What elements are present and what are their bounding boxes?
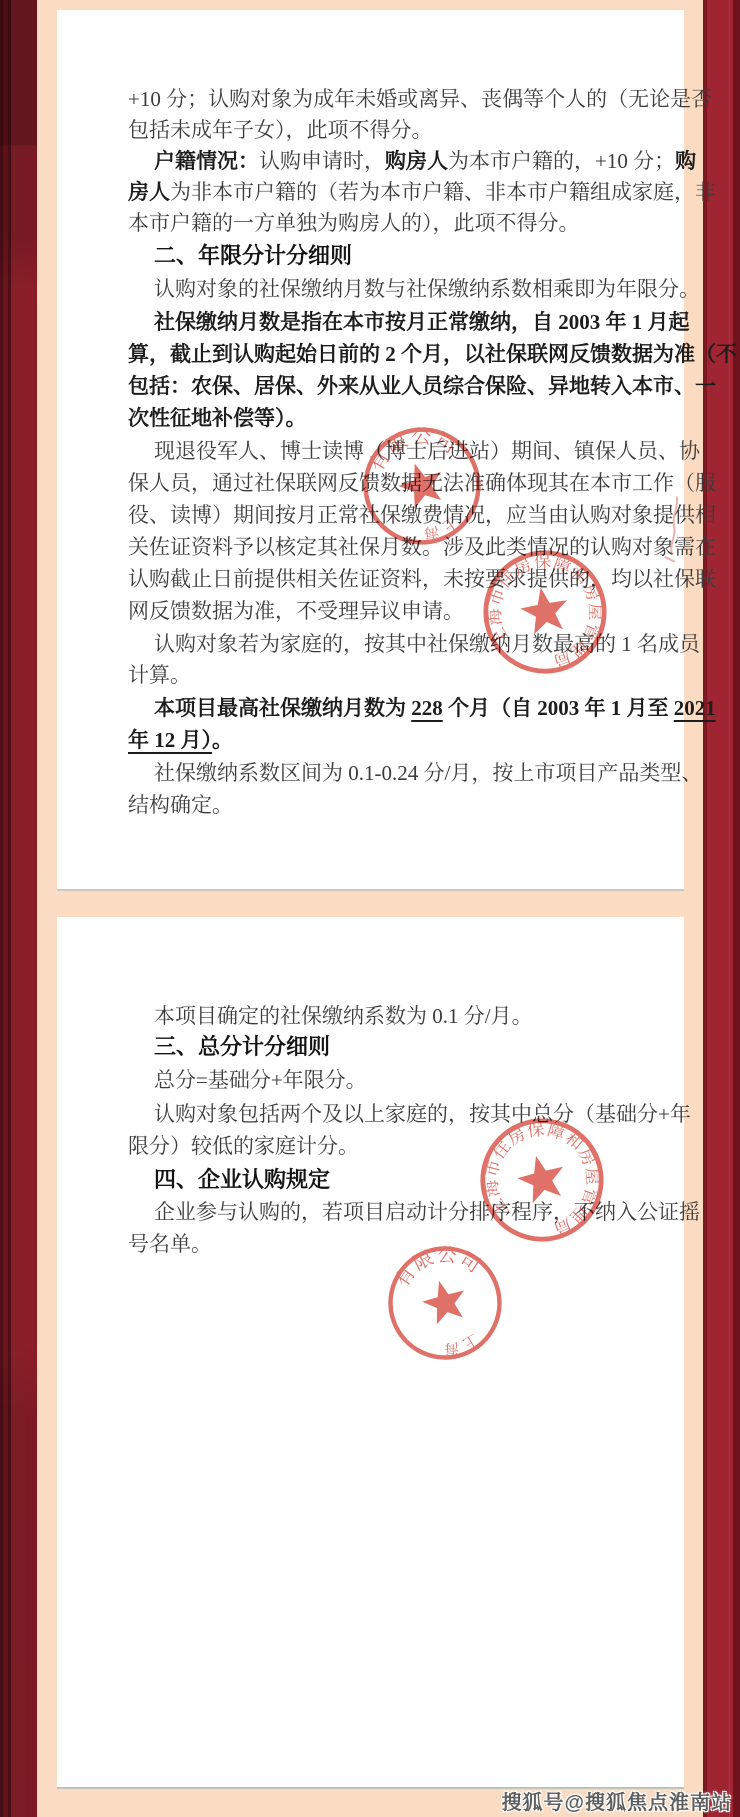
text-segment: 算，截止到认购起始日前的 2 个月，以社保联网反馈数据为准（不 [128, 342, 737, 366]
text-line: 算，截止到认购起始日前的 2 个月，以社保联网反馈数据为准（不 [128, 341, 737, 367]
text-segment: 社保缴纳系数区间为 0.1-0.24 分/月，按上市项目产品类型、 [154, 761, 702, 785]
text-segment: 结构确定。 [128, 793, 233, 817]
text-segment: 购 [675, 149, 696, 173]
text-segment: 认购对象若为家庭的，按其中社保缴纳月数最高的 1 名成员 [154, 632, 700, 656]
text-segment: 本市户籍的一方单独为购房人的），此项不得分。 [128, 211, 580, 235]
text-line: 本市户籍的一方单独为购房人的），此项不得分。 [128, 210, 580, 236]
text-segment: 三、总分计分细则 [154, 1034, 330, 1059]
text-segment: 包括未成年子女），此项不得分。 [128, 118, 433, 142]
text-line: 本项目确定的社保缴纳系数为 0.1 分/月。 [154, 1003, 533, 1029]
text-segment: 社保缴纳月数是指在本市按月正常缴纳，自 2003 年 1 月起 [154, 310, 690, 334]
text-line: 计算。 [128, 662, 191, 688]
text-segment: 网反馈数据为准，不受理异议申请。 [128, 599, 464, 623]
text-line: 社保缴纳系数区间为 0.1-0.24 分/月，按上市项目产品类型、 [154, 760, 702, 786]
section-heading: 四、企业认购规定 [154, 1167, 330, 1193]
text-line: 现退役军人、博士读博（博士后进站）期间、镇保人员、协 [154, 438, 700, 464]
text-line: 关佐证资料予以核定其社保月数。涉及此类情况的认购对象需在 [128, 534, 716, 560]
text-line: 房人为非本市户籍的（若为本市户籍、非本市户籍组成家庭，非 [128, 179, 716, 205]
text-line: 包括未成年子女），此项不得分。 [128, 117, 433, 143]
text-segment: 号名单。 [128, 1232, 212, 1256]
section-heading: 三、总分计分细则 [154, 1034, 330, 1060]
text-line: 保人员，通过社保联网反馈数据无法准确体现其在本市工作（服 [128, 470, 716, 496]
text-line: 包括：农保、居保、外来从业人员综合保险、异地转入本市、一 [128, 373, 716, 399]
text-segment: +10 分；认购对象为成年未婚或离异、丧偶等个人的（无论是否 [128, 87, 712, 111]
text-segment: 役、读博）期间按月正常社保缴费情况，应当由认购对象提供相 [128, 503, 716, 527]
text-segment: 为非本市户籍的（若为本市户籍、非本市户籍组成家庭，非 [170, 180, 716, 204]
text-segment: 。 [212, 728, 233, 752]
text-segment: 为本市户籍的，+10 分； [448, 149, 675, 173]
text-segment: 企业参与认购的，若项目启动计分排序程序，不纳入公证摇 [154, 1200, 700, 1224]
text-segment: 四、企业认购规定 [154, 1167, 330, 1192]
text-line: 认购对象的社保缴纳月数与社保缴纳系数相乘即为年限分。 [154, 276, 700, 302]
text-segment: 计算。 [128, 663, 191, 687]
background-stripe-left [0, 0, 37, 1817]
document-page-2: 本项目确定的社保缴纳系数为 0.1 分/月。三、总分计分细则总分=基础分+年限分… [57, 917, 684, 1789]
text-line: 限分）较低的家庭计分。 [128, 1133, 359, 1159]
text-line: 总分=基础分+年限分。 [154, 1067, 367, 1093]
text-segment: 认购对象包括两个及以上家庭的，按其中总分（基础分+年 [154, 1102, 691, 1126]
text-segment: 个月（自 2003 年 1 月至 [443, 696, 674, 720]
text-line: 网反馈数据为准，不受理异议申请。 [128, 598, 464, 624]
text-segment: 房人 [128, 180, 170, 204]
background-stripe-right [703, 0, 740, 1817]
text-segment: 228 [411, 696, 443, 720]
text-line: 本项目最高社保缴纳月数为 228 个月（自 2003 年 1 月至 2021 [154, 695, 716, 721]
text-line: +10 分；认购对象为成年未婚或离异、丧偶等个人的（无论是否 [128, 86, 712, 112]
text-segment: 总分=基础分+年限分。 [154, 1068, 367, 1092]
text-line: 号名单。 [128, 1231, 212, 1257]
text-segment: 年 12 月） [128, 728, 212, 752]
text-segment: 认购对象的社保缴纳月数与社保缴纳系数相乘即为年限分。 [154, 277, 700, 301]
text-segment: 关佐证资料予以核定其社保月数。涉及此类情况的认购对象需在 [128, 535, 716, 559]
text-segment: 二、年限分计分细则 [154, 243, 352, 268]
text-segment: 限分）较低的家庭计分。 [128, 1134, 359, 1158]
document-page-1: +10 分；认购对象为成年未婚或离异、丧偶等个人的（无论是否包括未成年子女），此… [57, 10, 684, 891]
text-line: 认购对象若为家庭的，按其中社保缴纳月数最高的 1 名成员 [154, 631, 700, 657]
text-segment: 本项目最高社保缴纳月数为 [154, 696, 411, 720]
article-image: { "watermark": { "text": "搜狐号@搜狐焦点淮南站" }… [0, 0, 740, 1817]
section-heading: 二、年限分计分细则 [154, 243, 352, 269]
text-line: 年 12 月）。 [128, 727, 233, 753]
text-line: 认购截止日前提供相关佐证资料，未按要求提供的，均以社保联 [128, 566, 716, 592]
text-segment: 现退役军人、博士读博（博士后进站）期间、镇保人员、协 [154, 439, 700, 463]
text-segment: 包括：农保、居保、外来从业人员综合保险、异地转入本市、一 [128, 374, 716, 398]
text-line: 认购对象包括两个及以上家庭的，按其中总分（基础分+年 [154, 1101, 691, 1127]
text-segment: 购房人 [385, 149, 448, 173]
text-segment: 户籍情况： [154, 149, 259, 173]
text-line: 社保缴纳月数是指在本市按月正常缴纳，自 2003 年 1 月起 [154, 309, 690, 335]
text-segment: 认购申请时， [259, 149, 385, 173]
document-panel: +10 分；认购对象为成年未婚或离异、丧偶等个人的（无论是否包括未成年子女），此… [37, 0, 703, 1817]
text-line: 次性征地补偿等）。 [128, 405, 307, 431]
text-line: 户籍情况：认购申请时，购房人为本市户籍的，+10 分；购 [154, 148, 696, 174]
text-segment: 2021 [674, 696, 716, 720]
watermark-text: 搜狐号@搜狐焦点淮南站 [501, 1786, 732, 1815]
text-segment: 本项目确定的社保缴纳系数为 0.1 分/月。 [154, 1004, 533, 1028]
text-line: 役、读博）期间按月正常社保缴费情况，应当由认购对象提供相 [128, 502, 716, 528]
text-segment: 次性征地补偿等）。 [128, 406, 307, 430]
text-segment: 保人员，通过社保联网反馈数据无法准确体现其在本市工作（服 [128, 471, 716, 495]
text-segment: 认购截止日前提供相关佐证资料，未按要求提供的，均以社保联 [128, 567, 716, 591]
text-line: 企业参与认购的，若项目启动计分排序程序，不纳入公证摇 [154, 1199, 700, 1225]
text-line: 结构确定。 [128, 792, 233, 818]
